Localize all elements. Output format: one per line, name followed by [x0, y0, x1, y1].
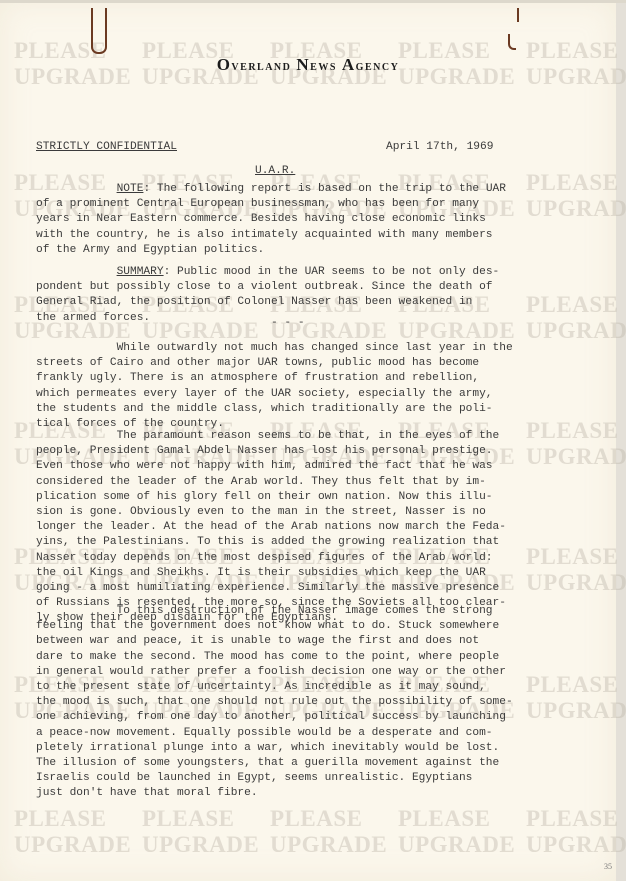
text-line: plication some of his glory fell on thei…: [36, 490, 596, 505]
text-line: the oil Kings and Sheikhs. It is their s…: [36, 566, 596, 581]
text-line: of a prominent Central European business…: [36, 197, 596, 212]
text-line: Nasser today depends on the most despise…: [36, 551, 596, 566]
text-line: a peace-now movement. Equally possible w…: [36, 726, 596, 741]
text-line: going - a most humiliating experience. S…: [36, 581, 596, 596]
text-line: Israelis could be launched in Egypt, see…: [36, 771, 596, 786]
text-line: with the country, he is also intimately …: [36, 228, 596, 243]
text-line: the armed forces.: [36, 311, 596, 326]
summary-paragraph: SUMMARY: Public mood in the UAR seems to…: [36, 265, 596, 326]
text-line: years in Near Eastern commerce. Besides …: [36, 212, 596, 227]
text-line: which permeates every layer of the UAR s…: [36, 387, 596, 402]
handwritten-tick-right: [517, 8, 519, 22]
text-line: the students and the middle class, which…: [36, 402, 596, 417]
text-line: between war and peace, it is unable to w…: [36, 634, 596, 649]
text-line: feeling that the government does not kno…: [36, 619, 596, 634]
text-line: just don't have that moral fibre.: [36, 786, 596, 801]
document-date: April 17th, 1969: [386, 140, 493, 155]
body-paragraph-3: To this destruction of the Nasser image …: [36, 604, 596, 802]
text-line: one achieving, from one day to another, …: [36, 710, 596, 725]
text-line: frankly ugly. There is an atmosphere of …: [36, 371, 596, 386]
text-line: to the present state of uncertainty. As …: [36, 680, 596, 695]
text-line: in general would rather prefer a foolish…: [36, 665, 596, 680]
top-border: [0, 0, 626, 3]
text-line: SUMMARY: Public mood in the UAR seems to…: [36, 265, 596, 280]
section-label: SUMMARY: [117, 266, 164, 278]
masthead: Overland News Agency: [0, 55, 616, 75]
page-number: 35: [604, 862, 612, 871]
section-separator: - - -: [271, 316, 305, 331]
text-line: streets of Cairo and other major UAR tow…: [36, 356, 596, 371]
text-line: NOTE: The following report is based on t…: [36, 182, 596, 197]
body-paragraph-1: While outwardly not much has changed sin…: [36, 341, 596, 432]
text-line: longer the leader. At the head of the Ar…: [36, 520, 596, 535]
text-line: the mood is such, that one should not ru…: [36, 695, 596, 710]
text-line: considered the leader of the Arab world.…: [36, 475, 596, 490]
text-line: pondent but possibly close to a violent …: [36, 280, 596, 295]
text-line: The paramount reason seems to be that, i…: [36, 429, 596, 444]
text-line: To this destruction of the Nasser image …: [36, 604, 596, 619]
section-label: NOTE: [117, 183, 144, 195]
classification-label: STRICTLY CONFIDENTIAL: [36, 140, 177, 155]
text-line: pletely irrational plunge into a war, wh…: [36, 741, 596, 756]
text-line: yins, the Palestinians. To this is added…: [36, 535, 596, 550]
text-line: The illusion of some youngsters, that a …: [36, 756, 596, 771]
handwritten-mark-left: [91, 8, 107, 54]
text-line: General Riad, the position of Colonel Na…: [36, 295, 596, 310]
page-edge: [616, 0, 626, 881]
text-line: Even those who were not happy with him, …: [36, 459, 596, 474]
body-paragraph-2: The paramount reason seems to be that, i…: [36, 429, 596, 627]
handwritten-mark-right: [508, 34, 516, 50]
text-line: sion is gone. Obviously even to the man …: [36, 505, 596, 520]
text-line: of the Army and Egyptian politics.: [36, 243, 596, 258]
text-line: people, President Gamal Abdel Nasser has…: [36, 444, 596, 459]
note-paragraph: NOTE: The following report is based on t…: [36, 182, 596, 258]
text-line: While outwardly not much has changed sin…: [36, 341, 596, 356]
subject-heading: U.A.R.: [255, 164, 295, 179]
text-line: dare to make the second. The mood has co…: [36, 650, 596, 665]
